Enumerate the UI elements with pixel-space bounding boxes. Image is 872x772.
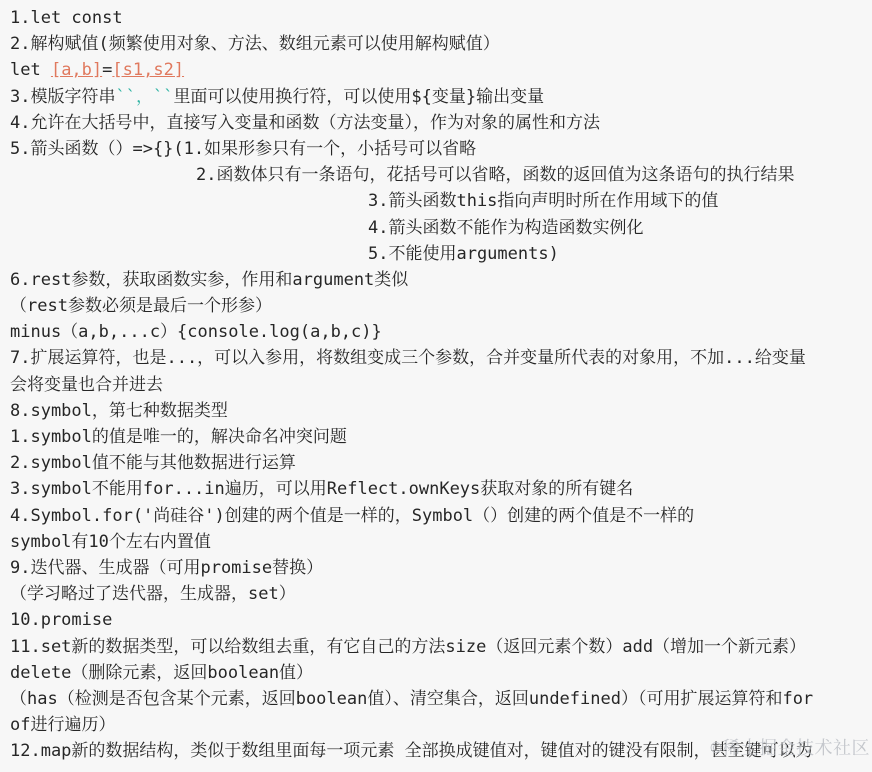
text-line: 9.迭代器、生成器（可用promise替换） — [10, 555, 872, 581]
text-line: （学习略过了迭代器，生成器，set） — [10, 581, 872, 607]
text-line: 1.let const — [10, 5, 872, 31]
notes-screenshot: 1.let const2.解构赋值(频繁使用对象、方法、数组元素可以使用解构赋值… — [0, 0, 872, 772]
inline-plain-text: 里面可以使用换行符，可以使用${变量}输出变量 — [173, 87, 544, 107]
inline-code-text: ``，`` — [115, 87, 173, 107]
text-line: 5.箭头函数（）=>{}(1.如果形参只有一个，小括号可以省略 — [10, 136, 872, 162]
text-line: （has（检测是否包含某个元素，返回boolean值）、清空集合，返回undef… — [10, 686, 872, 712]
text-line: 8.symbol，第七种数据类型 — [10, 398, 872, 424]
text-line: symbol有10个左右内置值 — [10, 529, 872, 555]
text-line: 12.map新的数据结构，类似于数组里面每一项元素 全部换成键值对，键值对的键没… — [10, 738, 872, 764]
text-line: 会将变量也合并进去 — [10, 372, 872, 398]
text-line: 3.模版字符串``，``里面可以使用换行符，可以使用${变量}输出变量 — [10, 84, 872, 110]
inline-link-text[interactable]: [a,b] — [51, 60, 102, 80]
text-line: 3.symbol不能用for...in遍历，可以用Reflect.ownKeys… — [10, 476, 872, 502]
text-line: 4.Symbol.for('尚硅谷')创建的两个值是一样的，Symbol（）创建… — [10, 503, 872, 529]
text-line: 4.允许在大括号中，直接写入变量和函数（方法变量），作为对象的属性和方法 — [10, 110, 872, 136]
text-line: of进行遍历） — [10, 712, 872, 738]
inline-link-text[interactable]: [s1,s2] — [112, 60, 184, 80]
text-line: 11.set新的数据类型，可以给数组去重，有它自己的方法size（返回元素个数）… — [10, 634, 872, 660]
text-line: 2.解构赋值(频繁使用对象、方法、数组元素可以使用解构赋值） — [10, 31, 872, 57]
text-line: （rest参数必须是最后一个形参） — [10, 293, 872, 319]
inline-plain-text: let — [10, 60, 51, 80]
inline-plain-text: 3.模版字符串 — [10, 87, 115, 107]
text-line: let [a,b]=[s1,s2] — [10, 57, 872, 83]
text-line: delete（删除元素，返回boolean值） — [10, 660, 872, 686]
text-line: minus（a,b,...c）{console.log(a,b,c)} — [10, 319, 872, 345]
text-line: 5.不能使用arguments) — [10, 241, 872, 267]
text-line: 4.箭头函数不能作为构造函数实例化 — [10, 215, 872, 241]
text-line: 3.箭头函数this指向声明时所在作用域下的值 — [10, 188, 872, 214]
text-line: 2.函数体只有一条语句，花括号可以省略，函数的返回值为这条语句的执行结果 — [10, 162, 872, 188]
text-line: 7.扩展运算符，也是...，可以入参用，将数组变成三个参数，合并变量所代表的对象… — [10, 345, 872, 371]
text-line: 2.symbol值不能与其他数据进行运算 — [10, 450, 872, 476]
notes-document: 1.let const2.解构赋值(频繁使用对象、方法、数组元素可以使用解构赋值… — [10, 5, 872, 764]
inline-plain-text: = — [102, 60, 112, 80]
text-line: 10.promise — [10, 607, 872, 633]
text-line: 6.rest参数，获取函数实参，作用和argument类似 — [10, 267, 872, 293]
text-line: 1.symbol的值是唯一的，解决命名冲突问题 — [10, 424, 872, 450]
